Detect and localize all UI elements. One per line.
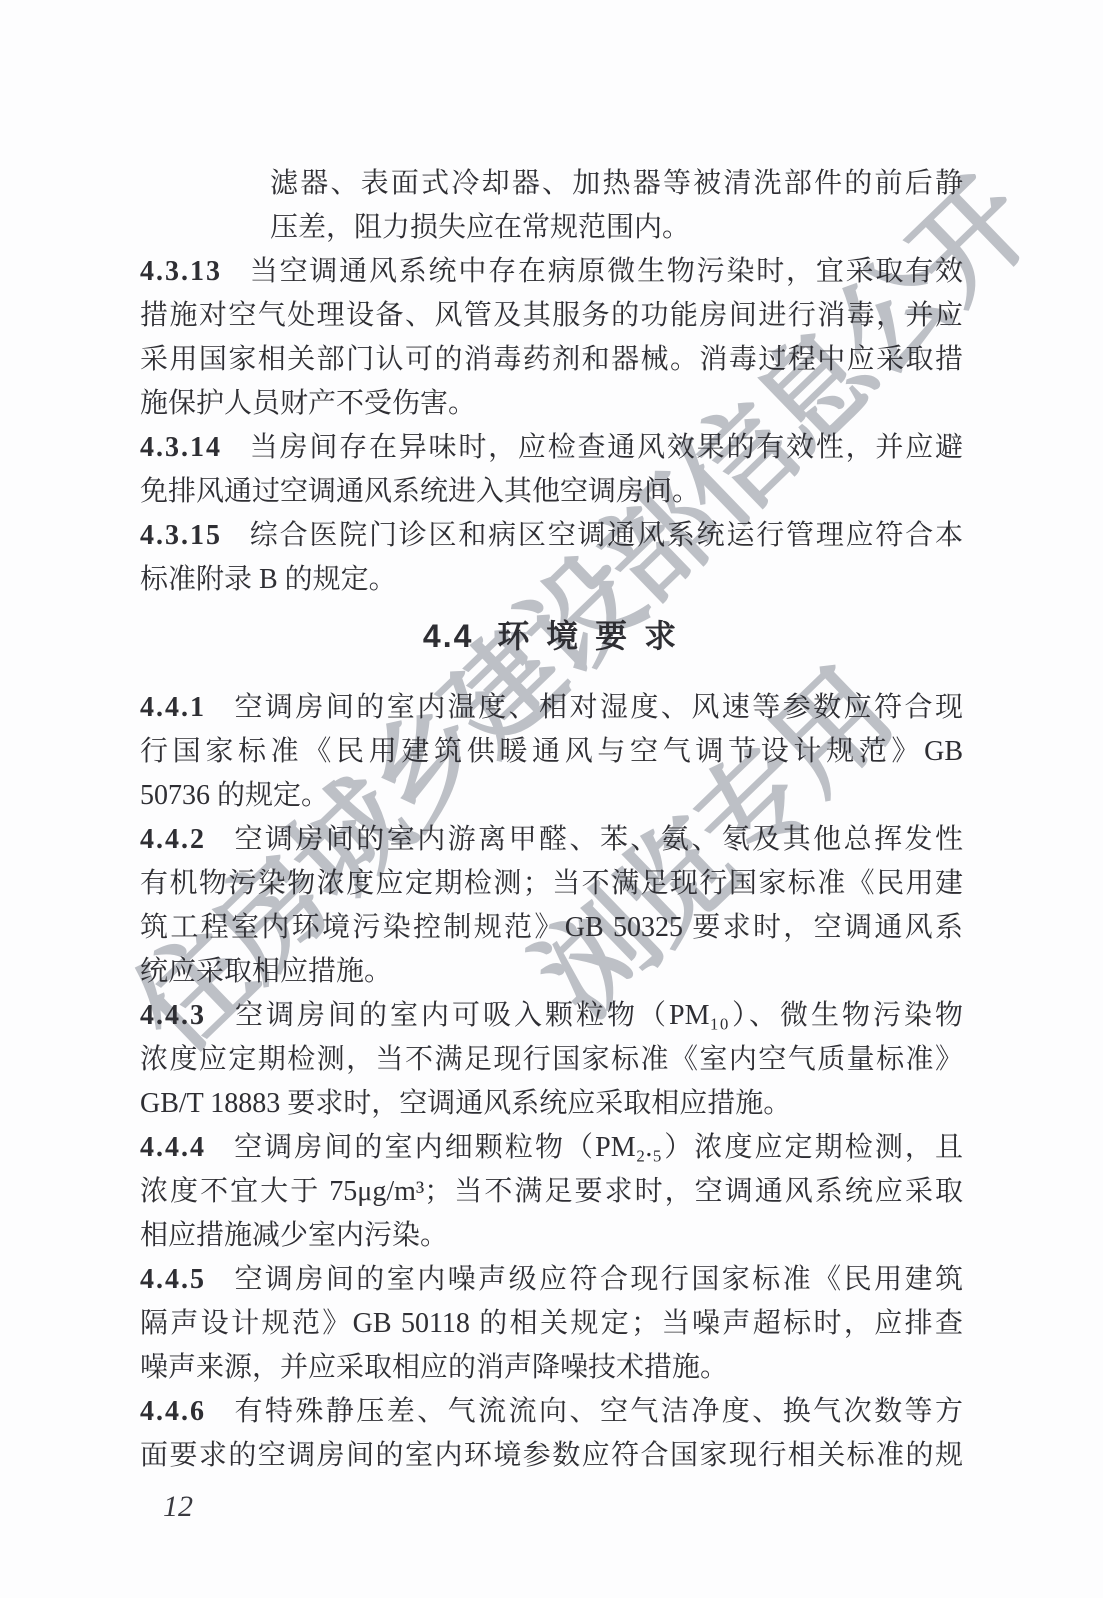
- line-text: 隔声设计规范》GB 50118 的相关规定；当噪声超标时，应排查: [140, 1308, 963, 1339]
- section-heading-number: 4.4: [423, 618, 473, 654]
- line-text: 相应措施减少室内污染。: [140, 1220, 448, 1251]
- section-number: 4.4.4: [140, 1132, 232, 1163]
- text-line: 浓度应定期检测，当不满足现行国家标准《室内空气质量标准》: [140, 1038, 963, 1082]
- text-line: 4.4.3空调房间的室内可吸入颗粒物（PM₁₀）、微生物污染物: [140, 994, 963, 1038]
- line-text: 措施对空气处理设备、风管及其服务的功能房间进行消毒，并应: [140, 300, 963, 331]
- text-line: 50736 的规定。: [140, 774, 963, 818]
- document-page: 住房城乡建设部信息公开 浏览专用 滤器、表面式冷却器、加热器等被清洗部件的前后静…: [0, 0, 1103, 1598]
- line-text: 浓度应定期检测，当不满足现行国家标准《室内空气质量标准》: [140, 1044, 963, 1075]
- text-line: 免排风通过空调通风系统进入其他空调房间。: [140, 470, 963, 514]
- section-number: 4.4.1: [140, 692, 232, 723]
- line-text: 50736 的规定。: [140, 780, 329, 811]
- text-line: 噪声来源，并应采取相应的消声降噪技术措施。: [140, 1346, 963, 1390]
- line-text: 噪声来源，并应采取相应的消声降噪技术措施。: [140, 1352, 728, 1383]
- line-text: 压差，阻力损失应在常规范围内。: [270, 212, 690, 243]
- text-line: GB/T 18883 要求时，空调通风系统应采取相应措施。: [140, 1082, 963, 1126]
- line-text: 综合医院门诊区和病区空调通风系统运行管理应符合本: [248, 520, 963, 551]
- line-text: 当房间存在异味时，应检查通风效果的有效性，并应避: [248, 432, 963, 463]
- section-number: 4.4.2: [140, 824, 232, 855]
- text-line: 施保护人员财产不受伤害。: [140, 382, 963, 426]
- line-text: 行国家标准《民用建筑供暖通风与空气调节设计规范》GB: [140, 736, 963, 767]
- text-line: 压差，阻力损失应在常规范围内。: [270, 206, 963, 250]
- line-text: 空调房间的室内细颗粒物（PM₂.₅）浓度应定期检测，且: [232, 1132, 963, 1163]
- section-number: 4.4.5: [140, 1264, 232, 1295]
- page-number: 12: [163, 1490, 193, 1524]
- line-text: 有特殊静压差、气流流向、空气洁净度、换气次数等方: [232, 1396, 963, 1427]
- line-text: 空调房间的室内可吸入颗粒物（PM₁₀）、微生物污染物: [232, 1000, 963, 1031]
- text-line: 4.3.13当空调通风系统中存在病原微生物污染时，宜采取有效: [140, 250, 963, 294]
- section-number: 4.4.3: [140, 1000, 232, 1031]
- line-text: 当空调通风系统中存在病原微生物污染时，宜采取有效: [248, 256, 963, 287]
- text-line: 措施对空气处理设备、风管及其服务的功能房间进行消毒，并应: [140, 294, 963, 338]
- line-text: 施保护人员财产不受伤害。: [140, 388, 476, 419]
- section-heading: 4.4环 境 要 求: [140, 614, 963, 658]
- text-line: 面要求的空调房间的室内环境参数应符合国家现行相关标准的规: [140, 1434, 963, 1478]
- text-line: 相应措施减少室内污染。: [140, 1214, 963, 1258]
- text-line: 4.4.4空调房间的室内细颗粒物（PM₂.₅）浓度应定期检测，且: [140, 1126, 963, 1170]
- section-number: 4.4.6: [140, 1396, 232, 1427]
- line-text: 免排风通过空调通风系统进入其他空调房间。: [140, 476, 700, 507]
- section-number: 4.3.13: [140, 256, 248, 287]
- text-line: 4.4.1空调房间的室内温度、相对湿度、风速等参数应符合现: [140, 686, 963, 730]
- section-heading-title: 环 境 要 求: [497, 618, 680, 654]
- document-body: 滤器、表面式冷却器、加热器等被清洗部件的前后静 压差，阻力损失应在常规范围内。 …: [140, 162, 963, 1478]
- line-text: 空调房间的室内噪声级应符合现行国家标准《民用建筑: [232, 1264, 963, 1295]
- line-text: 筑工程室内环境污染控制规范》GB 50325 要求时，空调通风系: [140, 912, 963, 943]
- line-text: 浓度不宜大于 75μg/m³；当不满足要求时，空调通风系统应采取: [140, 1176, 963, 1207]
- line-text: 标准附录 B 的规定。: [140, 564, 397, 595]
- text-line: 4.4.2空调房间的室内游离甲醛、苯、氨、氡及其他总挥发性: [140, 818, 963, 862]
- line-text: 空调房间的室内温度、相对湿度、风速等参数应符合现: [232, 692, 963, 723]
- line-text: 滤器、表面式冷却器、加热器等被清洗部件的前后静: [270, 168, 963, 199]
- text-line: 标准附录 B 的规定。: [140, 558, 963, 602]
- text-line: 行国家标准《民用建筑供暖通风与空气调节设计规范》GB: [140, 730, 963, 774]
- line-text: 统应采取相应措施。: [140, 956, 392, 987]
- section-number: 4.3.15: [140, 520, 248, 551]
- text-line: 4.3.15综合医院门诊区和病区空调通风系统运行管理应符合本: [140, 514, 963, 558]
- text-line: 4.4.5空调房间的室内噪声级应符合现行国家标准《民用建筑: [140, 1258, 963, 1302]
- line-text: 空调房间的室内游离甲醛、苯、氨、氡及其他总挥发性: [232, 824, 963, 855]
- text-line: 采用国家相关部门认可的消毒药剂和器械。消毒过程中应采取措: [140, 338, 963, 382]
- line-text: 有机物污染物浓度应定期检测；当不满足现行国家标准《民用建: [140, 868, 963, 899]
- text-line: 隔声设计规范》GB 50118 的相关规定；当噪声超标时，应排查: [140, 1302, 963, 1346]
- line-text: 面要求的空调房间的室内环境参数应符合国家现行相关标准的规: [140, 1440, 963, 1471]
- text-line: 滤器、表面式冷却器、加热器等被清洗部件的前后静: [270, 162, 963, 206]
- line-text: GB/T 18883 要求时，空调通风系统应采取相应措施。: [140, 1088, 791, 1119]
- text-line: 4.4.6有特殊静压差、气流流向、空气洁净度、换气次数等方: [140, 1390, 963, 1434]
- section-number: 4.3.14: [140, 432, 248, 463]
- text-line: 统应采取相应措施。: [140, 950, 963, 994]
- text-line: 4.3.14当房间存在异味时，应检查通风效果的有效性，并应避: [140, 426, 963, 470]
- text-line: 浓度不宜大于 75μg/m³；当不满足要求时，空调通风系统应采取: [140, 1170, 963, 1214]
- text-line: 筑工程室内环境污染控制规范》GB 50325 要求时，空调通风系: [140, 906, 963, 950]
- line-text: 采用国家相关部门认可的消毒药剂和器械。消毒过程中应采取措: [140, 344, 963, 375]
- text-line: 有机物污染物浓度应定期检测；当不满足现行国家标准《民用建: [140, 862, 963, 906]
